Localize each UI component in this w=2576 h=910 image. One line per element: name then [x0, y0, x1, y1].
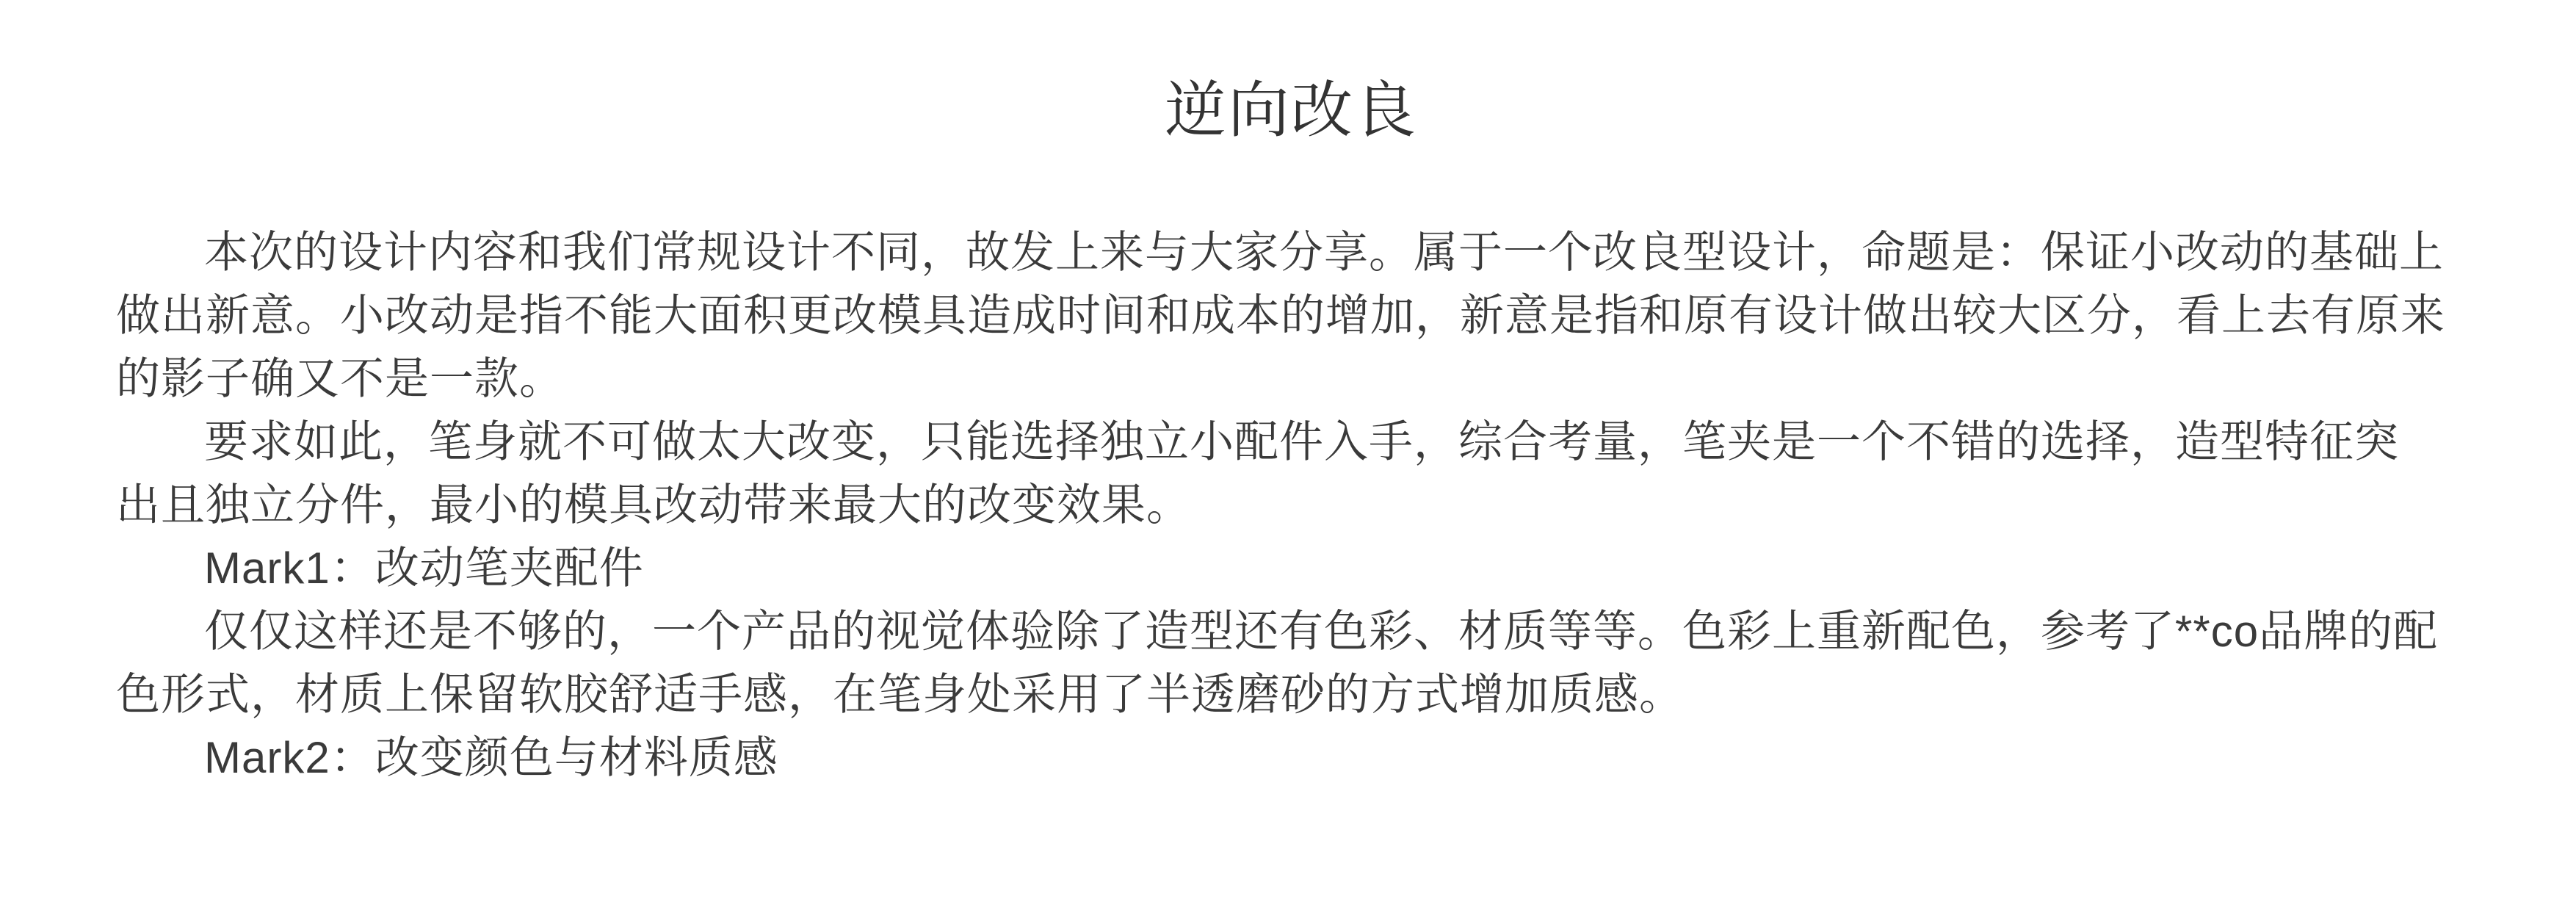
text-line: 要求如此，笔身就不可做太大改变，只能选择独立小配件入手，综合考量，笔夹是一个不错…: [116, 411, 2466, 474]
text-line: 色形式，材质上保留软胶舒适手感，在笔身处采用了半透磨砂的方式增加质感。: [116, 663, 2466, 726]
text-line: 做出新意。小改动是指不能大面积更改模具造成时间和成本的增加，新意是指和原有设计做…: [116, 284, 2466, 347]
text-line: 的影子确又不是一款。: [116, 347, 2466, 411]
paragraph-color-material: 仅仅这样还是不够的，一个产品的视觉体验除了造型还有色彩、材质等等。色彩上重新配色…: [116, 600, 2466, 726]
text-line: 出且独立分件，最小的模具改动带来最大的改变效果。: [116, 474, 2466, 537]
paragraph-mark2: Mark2：改变颜色与材料质感: [116, 726, 2466, 790]
document-page: 逆向改良 本次的设计内容和我们常规设计不同，故发上来与大家分享。属于一个改良型设…: [0, 0, 2576, 910]
paragraph-intro: 本次的设计内容和我们常规设计不同，故发上来与大家分享。属于一个改良型设计，命题是…: [116, 221, 2466, 411]
document-body: 本次的设计内容和我们常规设计不同，故发上来与大家分享。属于一个改良型设计，命题是…: [116, 221, 2466, 790]
paragraph-mark1: Mark1：改动笔夹配件: [116, 537, 2466, 600]
text-line: Mark1：改动笔夹配件: [116, 537, 2466, 600]
paragraph-clip-choice: 要求如此，笔身就不可做太大改变，只能选择独立小配件入手，综合考量，笔夹是一个不错…: [116, 411, 2466, 537]
text-line: 仅仅这样还是不够的，一个产品的视觉体验除了造型还有色彩、材质等等。色彩上重新配色…: [116, 600, 2466, 663]
page-title: 逆向改良: [116, 73, 2466, 148]
text-line: 本次的设计内容和我们常规设计不同，故发上来与大家分享。属于一个改良型设计，命题是…: [116, 221, 2466, 284]
text-line: Mark2：改变颜色与材料质感: [116, 726, 2466, 790]
